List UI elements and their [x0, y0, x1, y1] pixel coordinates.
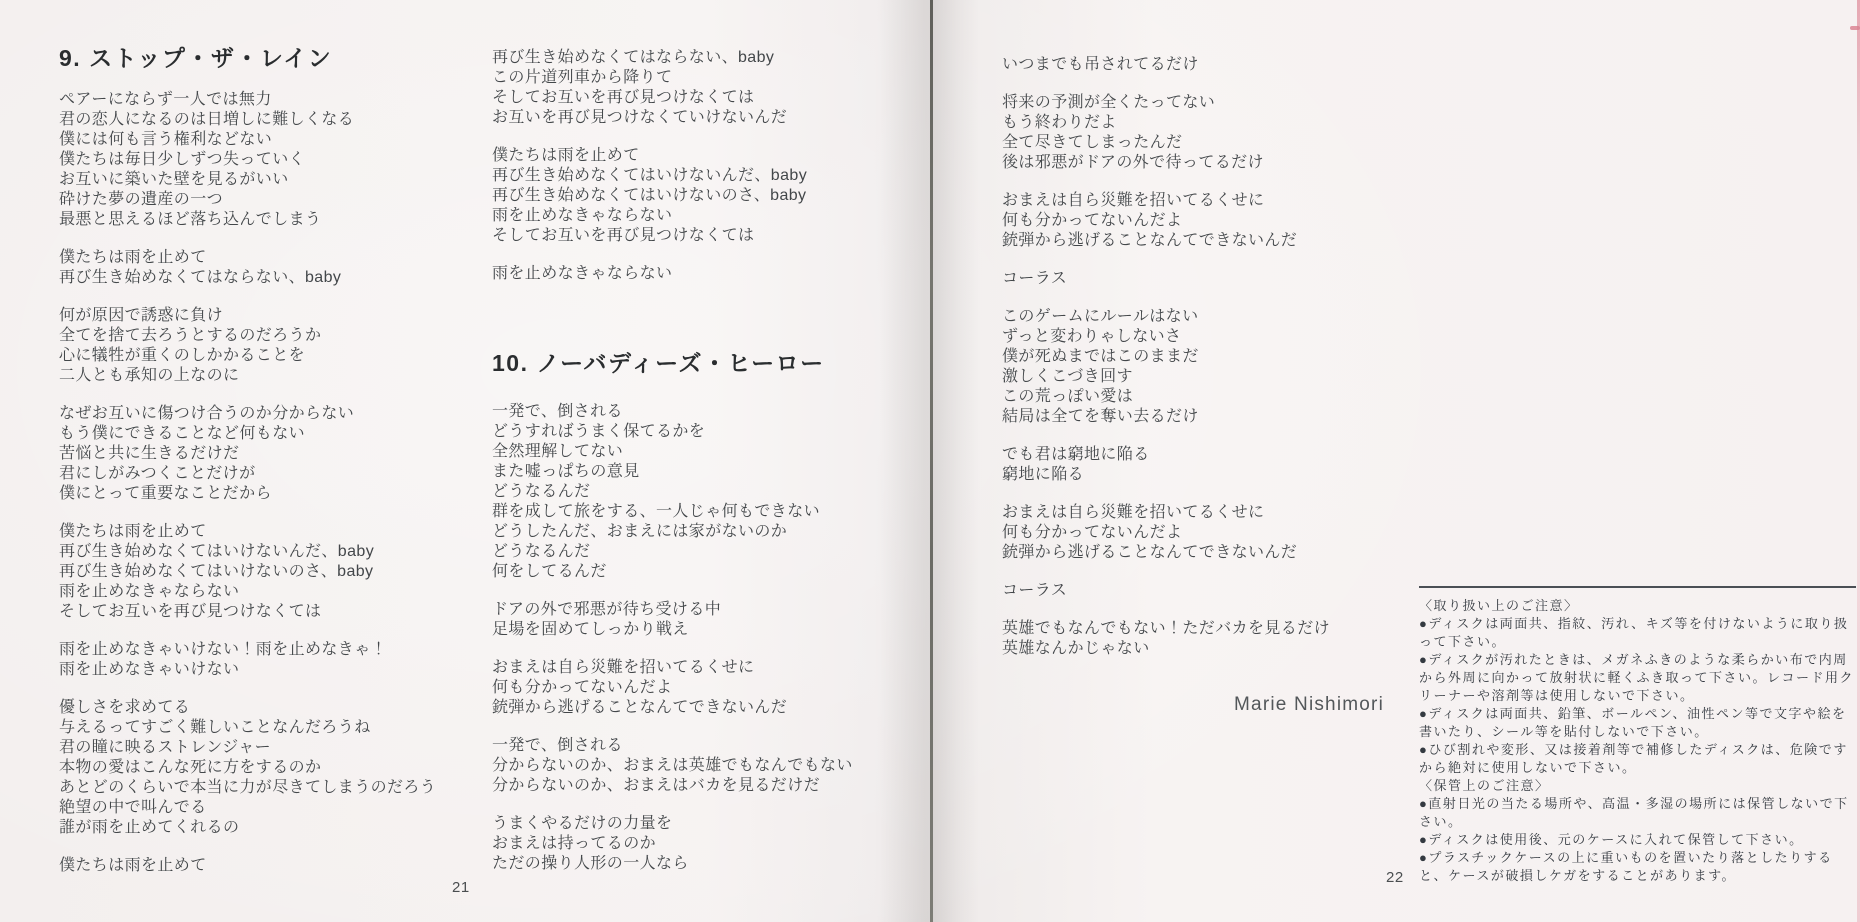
- lyric-line: そしてお互いを再び見つけなくては: [59, 602, 469, 622]
- lyric-line: 二人とも承知の上なのに: [59, 366, 469, 386]
- stanza: いつまでも吊されてるだけ: [1002, 55, 1432, 75]
- lyric-line: 群を成して旅をする、一人じゃ何もできない: [492, 502, 902, 522]
- lyric-line: 雨を止めなきゃいけない: [59, 660, 469, 680]
- stanza: おまえは自ら災難を招いてるくせに何も分かってないんだよ銃弾から逃げることなんてで…: [1002, 191, 1432, 251]
- lyric-line: 再び生き始めなくてはならない、baby: [492, 48, 902, 68]
- lyric-line: 一発で、倒される: [492, 402, 902, 422]
- lyric-line: もう僕にできることなど何もない: [59, 424, 469, 444]
- lyric-line: 僕たちは雨を止めて: [59, 248, 469, 268]
- lyric-line: 後は邪悪がドアの外で待ってるだけ: [1002, 153, 1432, 173]
- lyric-line: 君にしがみつくことだけが: [59, 464, 469, 484]
- lyric-line: 苦悩と共に生きるだけだ: [59, 444, 469, 464]
- stanza: 雨を止めなきゃならない: [492, 264, 902, 284]
- disc-care-notice: 〈取り扱い上のご注意〉 ●ディスクは両面共、指紋、汚れ、キズ等を付けないように取…: [1419, 586, 1856, 885]
- lyric-line: 君の瞳に映るストレンジャー: [59, 738, 469, 758]
- lyric-line: この片道列車から降りて: [492, 68, 902, 88]
- lyric-line: 僕たちは雨を止めて: [59, 856, 469, 876]
- lyric-line: 再び生き始めなくてはならない、baby: [59, 268, 469, 288]
- lyric-line: 銃弾から逃げることなんてできないんだ: [492, 698, 902, 718]
- handling-notice-items: ●ディスクは両面共、指紋、汚れ、キズ等を付けないように取り扱って下さい。●ディス…: [1419, 615, 1856, 777]
- lyric-line: 僕たちは雨を止めて: [59, 522, 469, 542]
- stanza: ドアの外で邪悪が待ち受ける中足場を固めてしっかり戦え: [492, 600, 902, 640]
- lyric-line: どうなるんだ: [492, 542, 902, 562]
- notice-item: ●ディスクは使用後、元のケースに入れて保管して下さい。: [1419, 831, 1856, 849]
- lyric-line: 砕けた夢の遺産の一つ: [59, 190, 469, 210]
- lyric-line: 与えるってすごく難しいことなんだろうね: [59, 718, 469, 738]
- song-10-lyrics-continued: いつまでも吊されてるだけ将来の予測が全くたってないもう終わりだよ全て尽きてしまっ…: [1002, 55, 1432, 677]
- lyric-line: 雨を止めなきゃならない: [492, 264, 902, 284]
- lyric-line: 何が原因で誘惑に負け: [59, 306, 469, 326]
- lyric-line: あとどのくらいで本当に力が尽きてしまうのだろう: [59, 778, 469, 798]
- lyric-line: 再び生き始めなくてはいけないのさ、baby: [59, 562, 469, 582]
- lyric-line: おまえは持ってるのか: [492, 834, 902, 854]
- lyric-line: どうなるんだ: [492, 482, 902, 502]
- lyric-line: 何をしてるんだ: [492, 562, 902, 582]
- lyric-line: 雨を止めなきゃならない: [492, 206, 902, 226]
- notice-item: ●直射日光の当たる場所や、高温・多湿の場所には保管しないで下さい。: [1419, 795, 1856, 831]
- stanza: おまえは自ら災難を招いてるくせに何も分かってないんだよ銃弾から逃げることなんてで…: [1002, 503, 1432, 563]
- lyric-line: このゲームにルールはない: [1002, 307, 1432, 327]
- lyric-line: 最悪と思えるほど落ち込んでしまう: [59, 210, 469, 230]
- lyric-line: 再び生き始めなくてはいけないんだ、baby: [492, 166, 902, 186]
- lyric-line: 銃弾から逃げることなんてできないんだ: [1002, 231, 1432, 251]
- lyric-line: なぜお互いに傷つけ合うのか分からない: [59, 404, 469, 424]
- lyric-line: おまえは自ら災難を招いてるくせに: [1002, 191, 1432, 211]
- stanza: 優しさを求めてる与えるってすごく難しいことなんだろうね君の瞳に映るストレンジャー…: [59, 698, 469, 838]
- lyric-line: 全然理解してない: [492, 442, 902, 462]
- lyric-line: 僕には何も言う権利などない: [59, 130, 469, 150]
- lyric-line: 足場を固めてしっかり戦え: [492, 620, 902, 640]
- lyric-line: 僕が死ぬまではこのままだ: [1002, 347, 1432, 367]
- lyric-line: ただの操り人形の一人なら: [492, 854, 902, 874]
- stanza: 一発で、倒される分からないのか、おまえは英雄でもなんでもない分からないのか、おま…: [492, 736, 902, 796]
- notice-item: ●ディスクが汚れたときは、メガネふきのような柔らかい布で内周から外周に向かって放…: [1419, 651, 1856, 705]
- lyric-line: 英雄なんかじゃない: [1002, 639, 1432, 659]
- lyric-line: 絶望の中で叫んでる: [59, 798, 469, 818]
- song-9-lyrics-column-2: 再び生き始めなくてはならない、babyこの片道列車から降りてそしてお互いを再び見…: [492, 48, 902, 302]
- stanza: 一発で、倒されるどうすればうまく保てるかを全然理解してないまた嘘っぱちの意見どう…: [492, 402, 902, 582]
- stanza: 再び生き始めなくてはならない、babyこの片道列車から降りてそしてお互いを再び見…: [492, 48, 902, 128]
- lyric-line: 何も分かってないんだよ: [492, 678, 902, 698]
- lyric-line: どうすればうまく保てるかを: [492, 422, 902, 442]
- fold-shadow-right: [933, 0, 979, 922]
- lyric-line: 何も分かってないんだよ: [1002, 523, 1432, 543]
- lyric-line: ずっと変わりゃしないさ: [1002, 327, 1432, 347]
- lyric-line: 分からないのか、おまえは英雄でもなんでもない: [492, 756, 902, 776]
- lyric-line: そしてお互いを再び見つけなくては: [492, 226, 902, 246]
- lyric-line: 一発で、倒される: [492, 736, 902, 756]
- notice-item: ●ディスクは両面共、指紋、汚れ、キズ等を付けないように取り扱って下さい。: [1419, 615, 1856, 651]
- lyric-line: 僕たちは雨を止めて: [492, 146, 902, 166]
- stanza: うまくやるだけの力量をおまえは持ってるのかただの操り人形の一人なら: [492, 814, 902, 874]
- stanza: おまえは自ら災難を招いてるくせに何も分かってないんだよ銃弾から逃げることなんてで…: [492, 658, 902, 718]
- artist-credit: Marie Nishimori: [1000, 694, 1384, 716]
- stanza: 僕たちは雨を止めて再び生き始めなくてはならない、baby: [59, 248, 469, 288]
- lyric-line: 激しくこづき回す: [1002, 367, 1432, 387]
- left-page-number: 21: [452, 879, 470, 896]
- lyric-line: 誰が雨を止めてくれるの: [59, 818, 469, 838]
- lyric-line: 僕たちは毎日少しずつ失っていく: [59, 150, 469, 170]
- lyric-line: 英雄でもなんでもない！ただバカを見るだけ: [1002, 619, 1432, 639]
- lyric-line: 本物の愛はこんな死に方をするのか: [59, 758, 469, 778]
- lyric-line: ドアの外で邪悪が待ち受ける中: [492, 600, 902, 620]
- lyric-line: 再び生き始めなくてはいけないのさ、baby: [492, 186, 902, 206]
- lyric-line: この荒っぽい愛は: [1002, 387, 1432, 407]
- song-9-lyrics-column-1: ペアーにならず一人では無力君の恋人になるのは日増しに難しくなる僕には何も言う権利…: [59, 90, 469, 894]
- notice-item: ●プラスチックケースの上に重いものを置いたり落としたりすると、ケースが破損しケガ…: [1419, 849, 1856, 885]
- song-10-lyrics: 一発で、倒されるどうすればうまく保てるかを全然理解してないまた嘘っぱちの意見どう…: [492, 402, 902, 892]
- song-9-title-text: 9. ストップ・ザ・レイン: [59, 45, 332, 71]
- notice-item: ●ディスクは両面共、鉛筆、ボールペン、油性ペン等で文字や絵を書いたり、シール等を…: [1419, 705, 1856, 741]
- lyric-line: 全て尽きてしまったんだ: [1002, 133, 1432, 153]
- lyric-line: 心に犠牲が重くのしかかることを: [59, 346, 469, 366]
- lyric-line: 分からないのか、おまえはバカを見るだけだ: [492, 776, 902, 796]
- lyric-line: 僕にとって重要なことだから: [59, 484, 469, 504]
- stanza: 僕たちは雨を止めて再び生き始めなくてはいけないんだ、baby再び生き始めなくては…: [492, 146, 902, 246]
- lyric-line: おまえは自ら災難を招いてるくせに: [492, 658, 902, 678]
- scan-edge-mark: [1850, 26, 1860, 30]
- lyric-line: おまえは自ら災難を招いてるくせに: [1002, 503, 1432, 523]
- stanza: 雨を止めなきゃいけない！雨を止めなきゃ！雨を止めなきゃいけない: [59, 640, 469, 680]
- song-9-title: 9. ストップ・ザ・レイン: [59, 40, 332, 73]
- lyric-line: 将来の予測が全くたってない: [1002, 93, 1432, 113]
- right-page-number: 22: [1386, 869, 1404, 886]
- lyric-line: お互いに築いた壁を見るがいい: [59, 170, 469, 190]
- stanza: なぜお互いに傷つけ合うのか分からないもう僕にできることなど何もない苦悩と共に生き…: [59, 404, 469, 504]
- stanza: でも君は窮地に陥る窮地に陥る: [1002, 445, 1432, 485]
- stanza: 将来の予測が全くたってないもう終わりだよ全て尽きてしまったんだ後は邪悪がドアの外…: [1002, 93, 1432, 173]
- lyric-line: 優しさを求めてる: [59, 698, 469, 718]
- lyric-line: コーラス: [1002, 581, 1432, 601]
- storage-notice-title: 〈保管上のご注意〉: [1419, 777, 1856, 795]
- song-10-title-text: 10. ノーバディーズ・ヒーロー: [492, 350, 825, 376]
- lyric-line: 再び生き始めなくてはいけないんだ、baby: [59, 542, 469, 562]
- storage-notice-items: ●直射日光の当たる場所や、高温・多湿の場所には保管しないで下さい。●ディスクは使…: [1419, 795, 1856, 885]
- lyric-line: コーラス: [1002, 269, 1432, 289]
- stanza: 僕たちは雨を止めて再び生き始めなくてはいけないんだ、baby再び生き始めなくては…: [59, 522, 469, 622]
- stanza: コーラス: [1002, 269, 1432, 289]
- lyric-line: 結局は全てを奪い去るだけ: [1002, 407, 1432, 427]
- lyric-line: 君の恋人になるのは日増しに難しくなる: [59, 110, 469, 130]
- song-10-title: 10. ノーバディーズ・ヒーロー: [492, 345, 825, 378]
- stanza: このゲームにルールはないずっと変わりゃしないさ僕が死ぬまではこのままだ激しくこづ…: [1002, 307, 1432, 427]
- stanza: 僕たちは雨を止めて: [59, 856, 469, 876]
- lyric-line: うまくやるだけの力量を: [492, 814, 902, 834]
- stanza: ペアーにならず一人では無力君の恋人になるのは日増しに難しくなる僕には何も言う権利…: [59, 90, 469, 230]
- stanza: 何が原因で誘惑に負け全てを捨て去ろうとするのだろうか心に犠牲が重くのしかかること…: [59, 306, 469, 386]
- lyric-line: でも君は窮地に陥る: [1002, 445, 1432, 465]
- stanza: 英雄でもなんでもない！ただバカを見るだけ英雄なんかじゃない: [1002, 619, 1432, 659]
- lyric-line: また嘘っぱちの意見: [492, 462, 902, 482]
- booklet-fold-line: [930, 0, 933, 922]
- lyric-line: 銃弾から逃げることなんてできないんだ: [1002, 543, 1432, 563]
- lyric-line: 窮地に陥る: [1002, 465, 1432, 485]
- lyric-line: もう終わりだよ: [1002, 113, 1432, 133]
- lyric-line: 雨を止めなきゃならない: [59, 582, 469, 602]
- lyric-line: どうしたんだ、おまえには家がないのか: [492, 522, 902, 542]
- lyric-line: 雨を止めなきゃいけない！雨を止めなきゃ！: [59, 640, 469, 660]
- notice-item: ●ひび割れや変形、又は接着剤等で補修したディスクは、危険ですから絶対に使用しない…: [1419, 741, 1856, 777]
- lyric-line: いつまでも吊されてるだけ: [1002, 55, 1432, 75]
- handling-notice-title: 〈取り扱い上のご注意〉: [1419, 597, 1856, 615]
- lyric-line: ペアーにならず一人では無力: [59, 90, 469, 110]
- lyric-line: 何も分かってないんだよ: [1002, 211, 1432, 231]
- lyric-line: そしてお互いを再び見つけなくては: [492, 88, 902, 108]
- notice-divider: [1419, 586, 1856, 588]
- lyric-line: 全てを捨て去ろうとするのだろうか: [59, 326, 469, 346]
- stanza: コーラス: [1002, 581, 1432, 601]
- lyric-line: お互いを再び見つけなくていけないんだ: [492, 108, 902, 128]
